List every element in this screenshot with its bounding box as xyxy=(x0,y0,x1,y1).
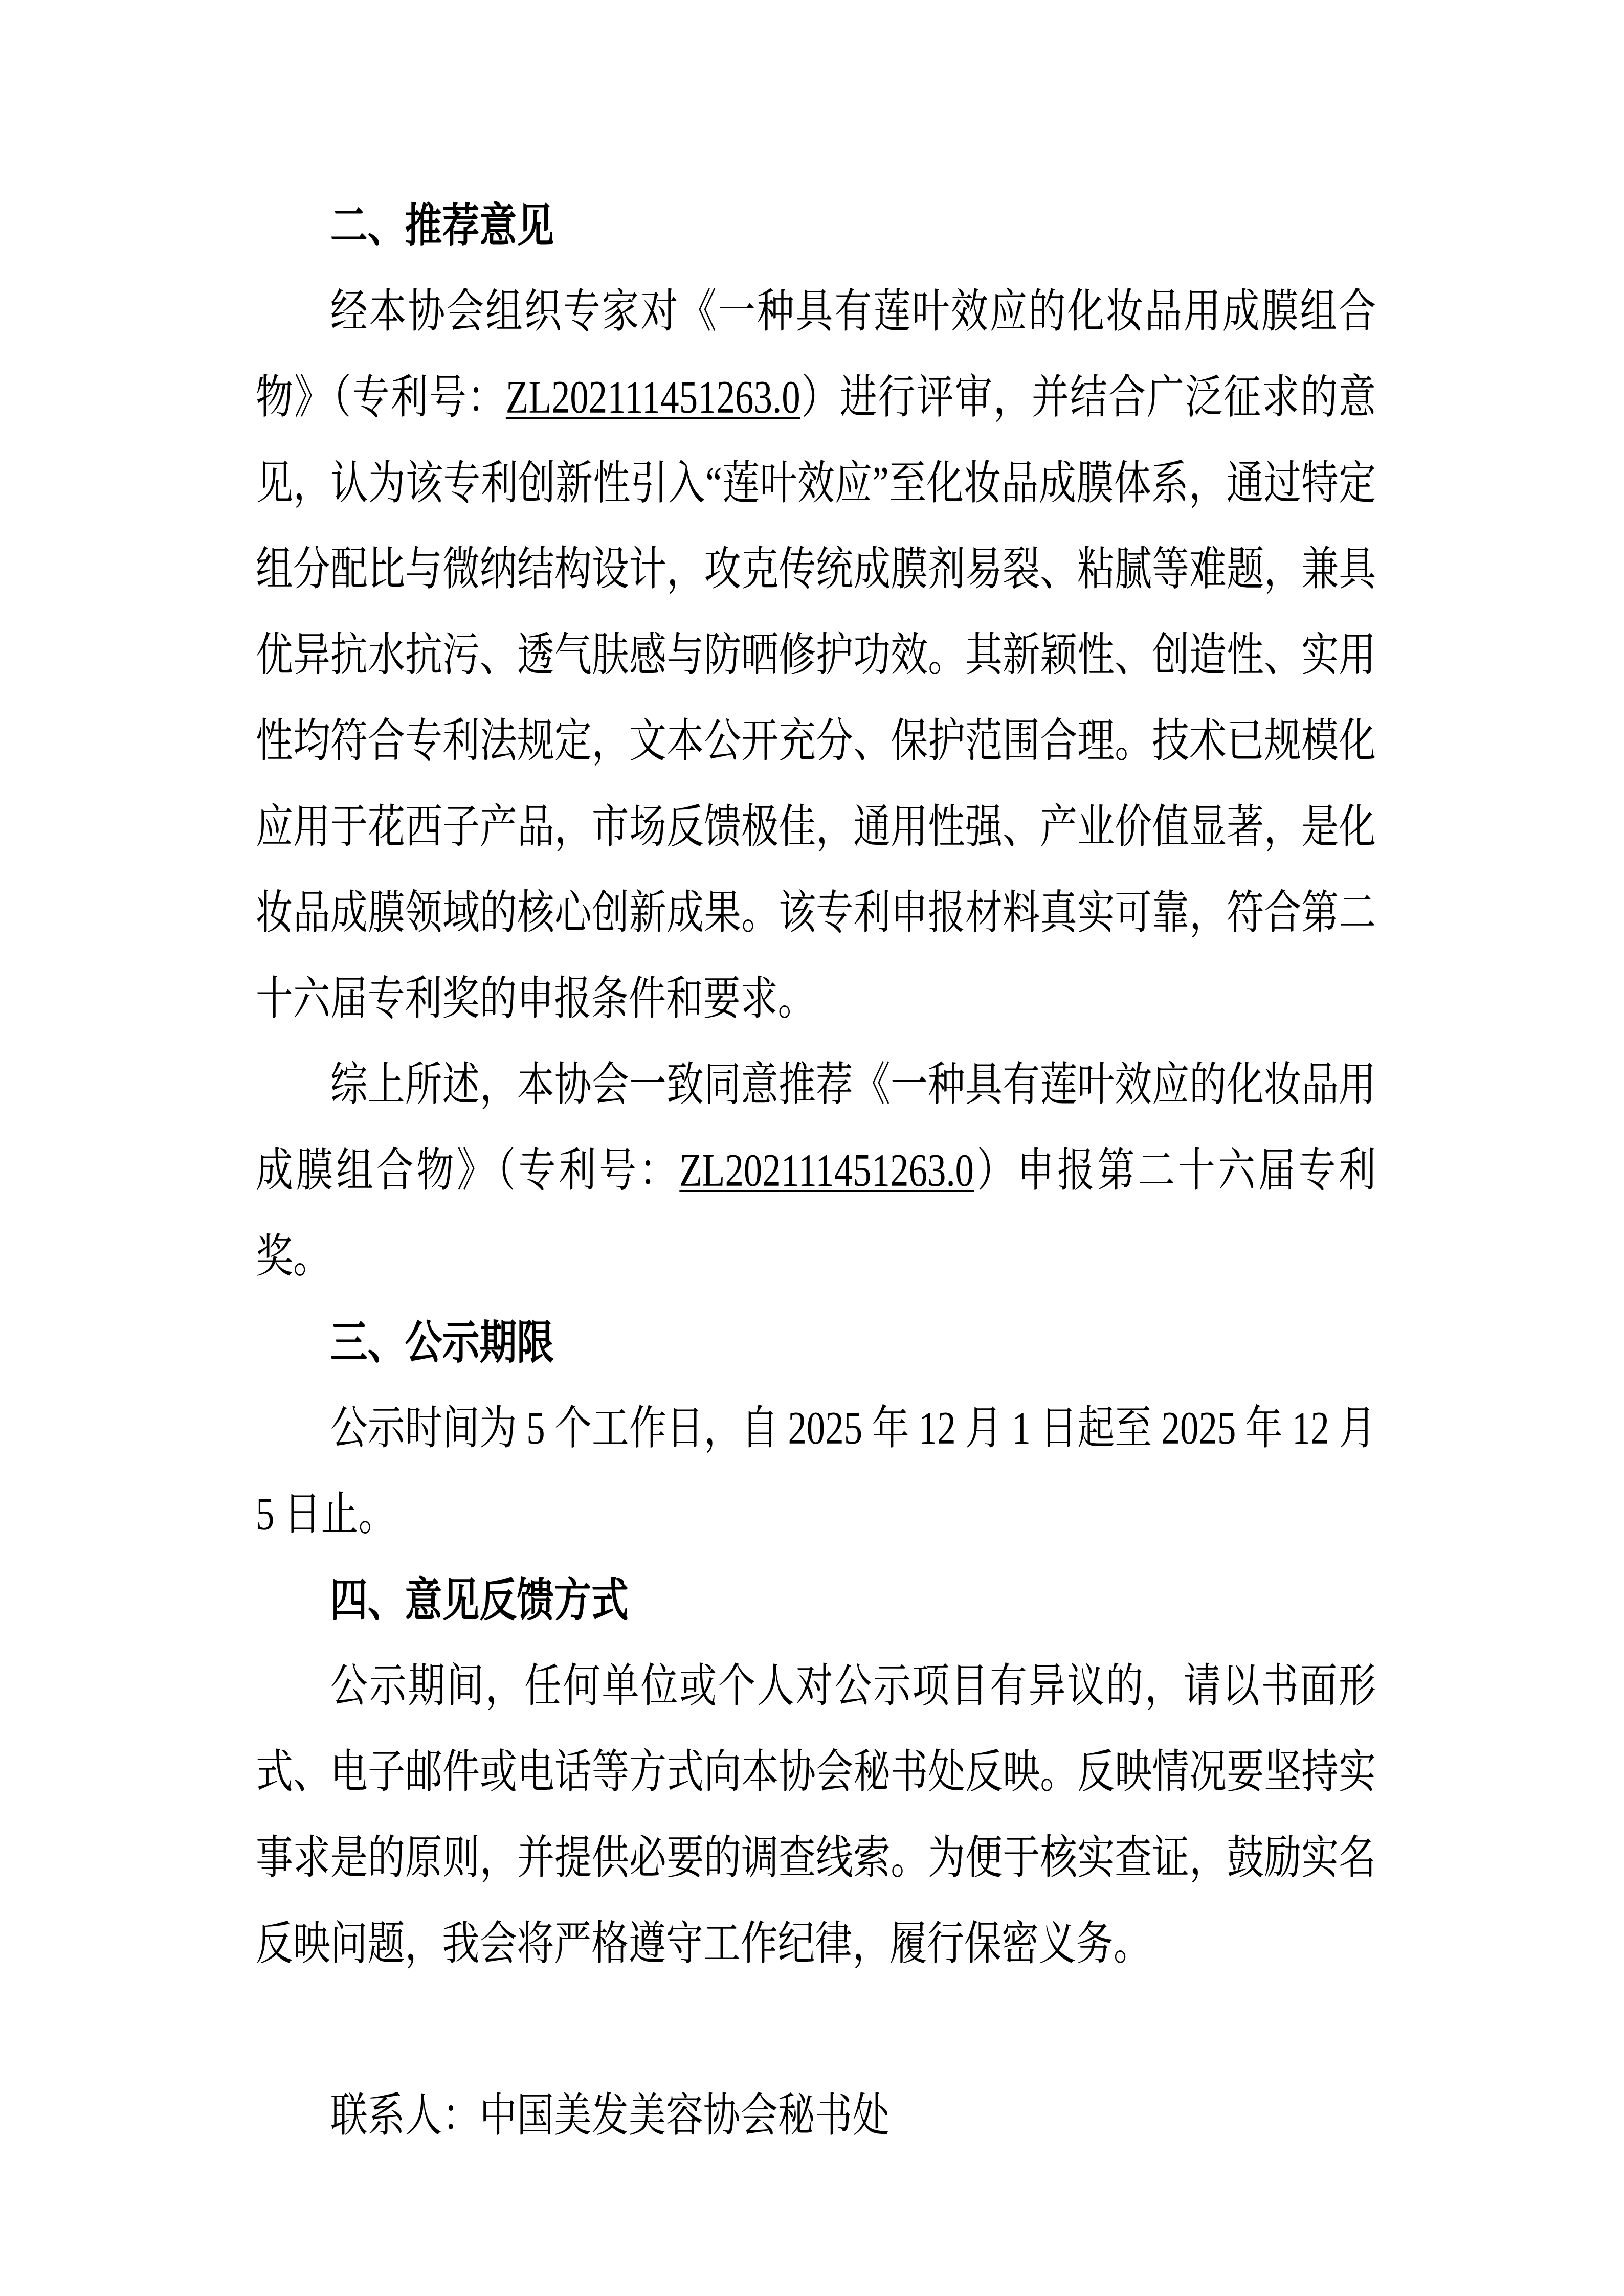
text-run: ）进行评审，并结合广泛征求的意见，认为该专利创新性引入“莲叶效应”至化妆品成膜体… xyxy=(256,372,1376,1024)
section-heading-feedback-method: 四、意见反馈方式 xyxy=(256,1558,1376,1644)
blank-line xyxy=(256,1987,1376,2073)
patent-number: ZL202111451263.0 xyxy=(679,1145,974,1196)
paragraph-publicity-period: 公示时间为 5 个工作日，自 2025 年 12 月 1 日起至 2025 年 … xyxy=(256,1386,1376,1558)
document-page: 二、推荐意见经本协会组织专家对《一种具有莲叶效应的化妆品用成膜组合物》（专利号：… xyxy=(0,0,1624,2296)
text-run: 公示时间为 5 个工作日，自 2025 年 12 月 1 日起至 2025 年 … xyxy=(256,1403,1376,1540)
patent-number: ZL202111451263.0 xyxy=(506,372,800,423)
text-run: 联系人：中国美发美容协会秘书处 xyxy=(330,2090,890,2141)
paragraph-contact: 联系人：中国美发美容协会秘书处 xyxy=(256,2073,1376,2159)
paragraph-conclusion: 综上所述，本协会一致同意推荐《一种具有莲叶效应的化妆品用成膜组合物》（专利号：Z… xyxy=(256,1042,1376,1300)
paragraph-feedback-method: 公示期间，任何单位或个人对公示项目有异议的，请以书面形式、电子邮件或电话等方式向… xyxy=(256,1644,1376,1987)
section-heading-publicity-period: 三、公示期限 xyxy=(256,1300,1376,1386)
paragraph-recommendation-body: 经本协会组织专家对《一种具有莲叶效应的化妆品用成膜组合物》（专利号：ZL2021… xyxy=(256,269,1376,1042)
text-run: 公示期间，任何单位或个人对公示项目有异议的，请以书面形式、电子邮件或电话等方式向… xyxy=(256,1661,1376,1969)
document-content: 二、推荐意见经本协会组织专家对《一种具有莲叶效应的化妆品用成膜组合物》（专利号：… xyxy=(256,183,1376,2159)
section-heading-recommendation: 二、推荐意见 xyxy=(256,183,1376,269)
